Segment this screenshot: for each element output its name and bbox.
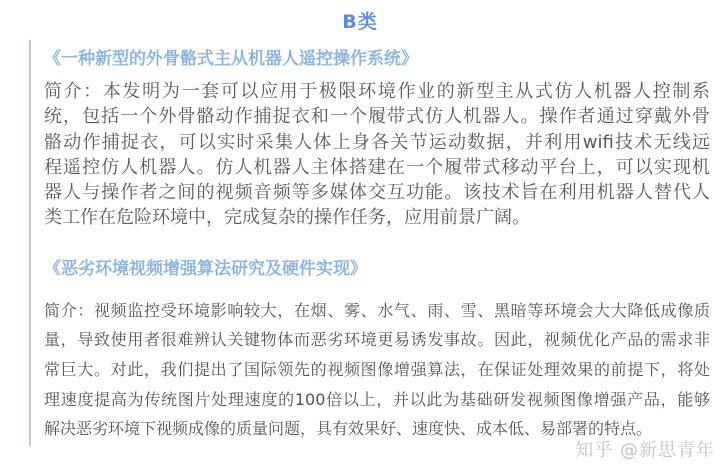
paragraph-line: 量，导致使用者很难辨认关键物体而恶劣环境更易诱发事故。因此，视频优化产品的需求非 bbox=[44, 325, 710, 355]
page-title: B类 bbox=[0, 0, 720, 34]
section-paragraph-video-enhancement: 简介：视频监控受环境影响较大，在烟、雾、水气、雨、雪、黑暗等环境会大大降低成像质… bbox=[44, 296, 710, 444]
content-block: 《一种新型的外骨骼式主从机器人遥控操作系统》 简介：本发明为一套可以应用于极限环… bbox=[29, 40, 710, 446]
paragraph-line: 简介：视频监控受环境影响较大，在烟、雾、水气、雨、雪、黑暗等环境会大大降低成像质 bbox=[44, 296, 710, 326]
document-page: B类 《一种新型的外骨骼式主从机器人遥控操作系统》 简介：本发明为一套可以应用于… bbox=[0, 0, 720, 469]
paragraph-line: 统，包括一个外骨骼动作捕捉衣和一个履带式仿人机器人。操作者通过穿戴外骨 bbox=[44, 104, 710, 129]
paragraph-line: 简介：本发明为一套可以应用于极限环境作业的新型主从式仿人机器人控制系 bbox=[44, 79, 710, 104]
paragraph-line: 器人与操作者之间的视频音频等多媒体交互功能。该技术旨在利用机器人替代人 bbox=[44, 180, 710, 205]
watermark-zhihu-author: 知乎 @新思青年 bbox=[575, 436, 715, 462]
section-paragraph-exoskeleton-robot: 简介：本发明为一套可以应用于极限环境作业的新型主从式仿人机器人控制系统，包括一个… bbox=[44, 79, 710, 231]
paragraph-line: 理速度提高为传统图片处理速度的100倍以上，并以此为基础研发视频图像增强产品，能… bbox=[44, 385, 710, 415]
paragraph-line: 常巨大。对此，我们提出了国际领先的视频图像增强算法，在保证处理效果的前提下，将处 bbox=[44, 355, 710, 385]
section-title-exoskeleton-robot: 《一种新型的外骨骼式主从机器人遥控操作系统》 bbox=[44, 40, 710, 70]
paragraph-line: 程遥控仿人机器人。仿人机器人主体搭建在一个履带式移动平台上，可以实现机 bbox=[44, 155, 710, 180]
paragraph-line: 骼动作捕捉衣，可以实时采集人体上身各关节运动数据，并利用wifi技术无线远 bbox=[44, 130, 710, 155]
paragraph-line: 类工作在危险环境中，完成复杂的操作任务，应用前景广阔。 bbox=[44, 205, 710, 230]
section-title-video-enhancement: 《恶劣环境视频增强算法研究及硬件实现》 bbox=[44, 231, 710, 280]
